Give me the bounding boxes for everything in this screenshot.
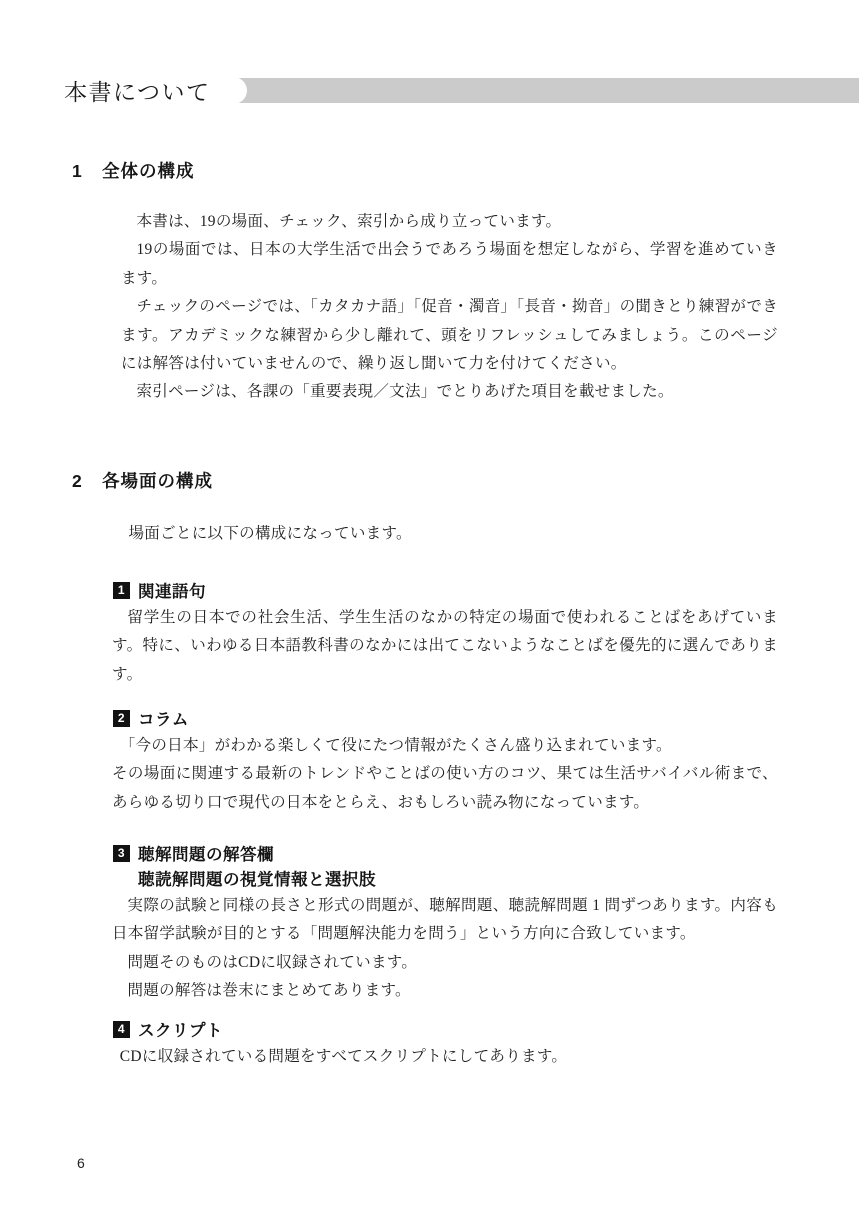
section-1-number: 1 [72,161,102,182]
paragraph: 問題そのものはCDに収録されています。 [112,949,778,977]
paragraph: チェックのページでは、「カタカナ語」「促音・濁音」「長音・拗音」の聞きとり練習が… [121,293,778,378]
paragraph: CDに収録されている問題をすべてスクリプトにしてあります。 [112,1043,778,1071]
block-2-body: 「今の日本」がわかる楽しくて役にたつ情報がたくさん盛り込まれています。 その場面… [112,732,778,817]
page-number: 6 [77,1155,85,1171]
block-3-number-marker: 3 [113,845,130,862]
paragraph: 本書は、19の場面、チェック、索引から成り立っています。 [121,208,778,236]
block-1-heading: 1 関連語句 [113,578,206,602]
block-1-body: 留学生の日本での社会生活、学生生活のなかの特定の場面で使われることばをあげていま… [112,604,778,689]
paragraph: 「今の日本」がわかる楽しくて役にたつ情報がたくさん盛り込まれています。 [112,732,778,760]
paragraph: 19の場面では、日本の大学生活で出会うであろう場面を想定しながら、学習を進めてい… [121,236,778,293]
section-1-heading-label: 全体の構成 [102,158,195,183]
block-2-title: コラム [138,706,189,730]
block-3-title: 聴解問題の解答欄 [138,841,274,865]
section-2-intro: 場面ごとに以下の構成になっています。 [113,520,773,548]
paragraph: 問題の解答は巻末にまとめてあります。 [112,977,778,1005]
paragraph: 索引ページは、各課の「重要表現／文法」でとりあげた項目を載せました。 [121,378,778,406]
block-4-heading: 4 スクリプト [113,1017,223,1041]
section-2-number: 2 [72,471,102,492]
section-1-heading: 1 全体の構成 [72,158,195,183]
block-4-number-marker: 4 [113,1021,130,1038]
block-1-number-marker: 1 [113,582,130,599]
block-3-subtitle: 聴読解問題の視覚情報と選択肢 [138,866,376,890]
page-title: 本書について [64,74,211,107]
block-3-body: 実際の試験と同様の長さと形式の問題が、聴解問題、聴読解問題 1 問ずつあります。… [112,892,778,1006]
title-decorative-bar [227,78,859,103]
paragraph: その場面に関連する最新のトレンドやことばの使い方のコツ、果ては生活サバイバル術ま… [112,760,778,817]
section-2-heading: 2 各場面の構成 [72,468,213,493]
paragraph: 場面ごとに以下の構成になっています。 [113,520,773,548]
block-2-heading: 2 コラム [113,706,189,730]
block-2-number-marker: 2 [113,710,130,727]
paragraph: 留学生の日本での社会生活、学生生活のなかの特定の場面で使われることばをあげていま… [112,604,778,689]
page-title-row: 本書について [64,76,859,104]
block-1-title: 関連語句 [138,578,206,602]
section-1-body: 本書は、19の場面、チェック、索引から成り立っています。 19の場面では、日本の… [121,208,778,407]
book-page: 本書について 1 全体の構成 本書は、19の場面、チェック、索引から成り立ってい… [0,0,859,1214]
block-4-title: スクリプト [138,1017,223,1041]
block-4-body: CDに収録されている問題をすべてスクリプトにしてあります。 [112,1043,778,1071]
paragraph: 実際の試験と同様の長さと形式の問題が、聴解問題、聴読解問題 1 問ずつあります。… [112,892,778,949]
section-2-heading-label: 各場面の構成 [102,468,213,493]
block-3-heading: 3 聴解問題の解答欄 [113,841,274,865]
